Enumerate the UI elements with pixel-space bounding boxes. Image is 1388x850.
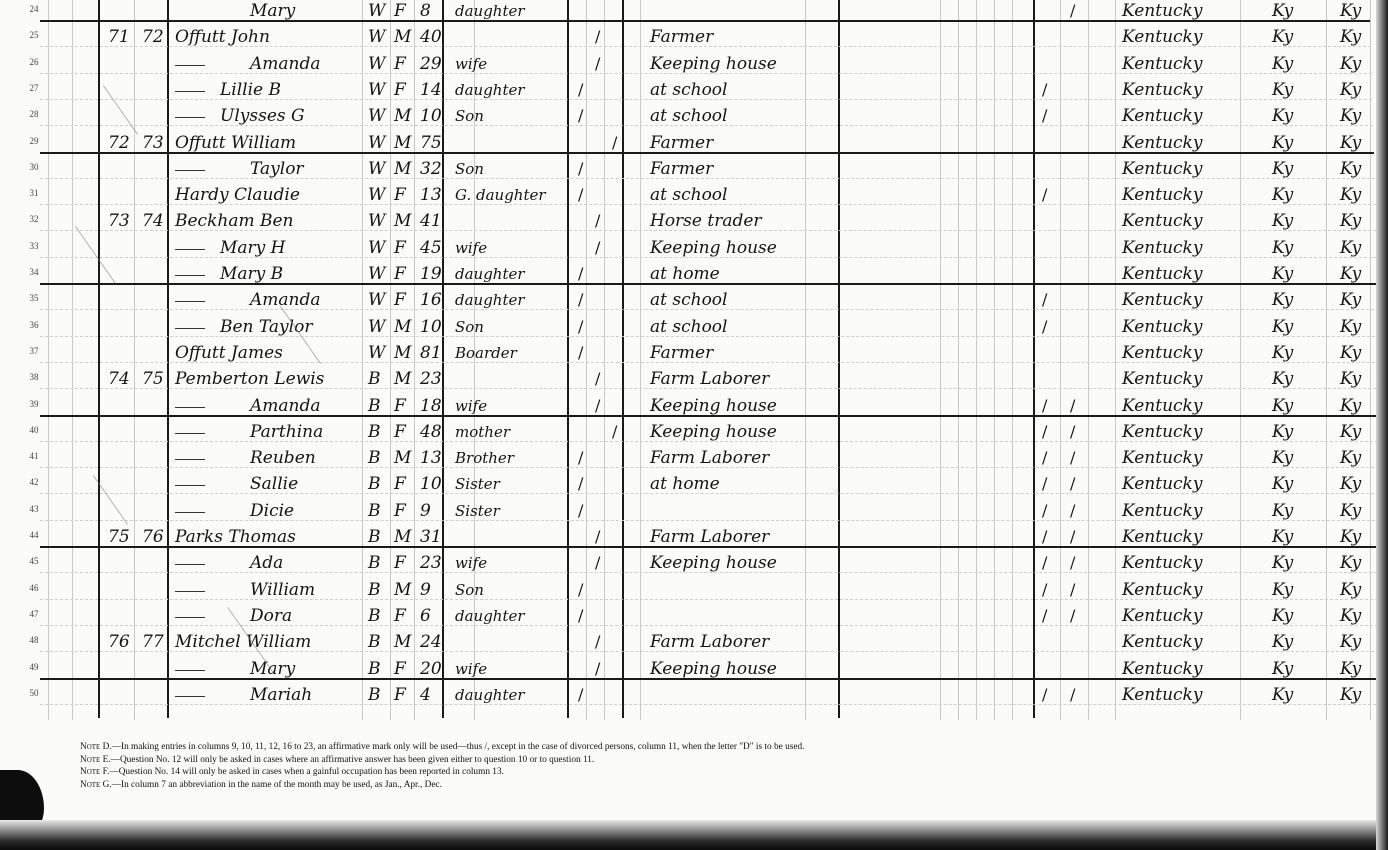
grid-line: [1088, 0, 1089, 720]
cell-relation: daughter: [455, 684, 525, 706]
cell-relation: Son: [455, 105, 484, 127]
grid-rule: [567, 0, 569, 718]
cell-occupation: Farmer: [650, 26, 713, 48]
cell-family: 75: [142, 368, 164, 390]
grid-line: [1370, 0, 1371, 720]
note-text: —Question No. 12 will only be asked in c…: [111, 755, 595, 765]
cell-sex: M: [394, 132, 411, 154]
cell-occupation: Keeping house: [650, 237, 777, 259]
cell-birthplace: Kentucky: [1122, 605, 1202, 627]
cell-birthplace: Kentucky: [1122, 658, 1202, 680]
cell-dwelling: 72: [108, 132, 130, 154]
cell-sex: M: [394, 342, 411, 364]
row-number: 38: [22, 372, 46, 382]
cell-father-birthplace: Ky: [1272, 0, 1293, 22]
bleed-through-mark: [75, 226, 116, 284]
binding-edge: [1376, 0, 1388, 850]
cell-occupation: Farmer: [650, 342, 713, 364]
cell-father-birthplace: Ky: [1272, 447, 1293, 469]
cell-birthplace: Kentucky: [1122, 237, 1202, 259]
grid-line: [1115, 0, 1116, 720]
cell-name: Reuben: [250, 447, 316, 469]
cell-name: Mitchel William: [175, 631, 311, 653]
cell-family: 72: [142, 26, 164, 48]
cell-relation: Son: [455, 316, 484, 338]
cell-single: /: [578, 316, 583, 338]
cell-name: Offutt William: [175, 132, 296, 154]
cell-name: Offutt James: [175, 342, 283, 364]
row-number: 50: [22, 688, 46, 698]
cell-color: W: [368, 0, 385, 22]
cell-color: B: [368, 447, 381, 469]
grid-line: [414, 0, 415, 720]
cell-age: 48: [420, 421, 442, 443]
cell-father-birthplace: Ky: [1272, 342, 1293, 364]
note-e: Note E.—Question No. 12 will only be ask…: [80, 754, 804, 767]
grid-line: [1326, 0, 1327, 720]
cell-relation: daughter: [455, 289, 525, 311]
grid-line: [1060, 0, 1061, 720]
cell-occupation: at school: [650, 316, 727, 338]
cell-birthplace: Kentucky: [1122, 263, 1202, 285]
cell-c20: /: [1070, 526, 1075, 548]
cell-name: Ada: [250, 552, 283, 574]
cell-mother-birthplace: Ky: [1340, 342, 1361, 364]
cell-birthplace: Kentucky: [1122, 132, 1202, 154]
grid-line: [805, 0, 806, 720]
cell-name: Mary H: [220, 237, 286, 259]
cell-mother-birthplace: Ky: [1340, 210, 1361, 232]
cell-mother-birthplace: Ky: [1340, 368, 1361, 390]
cell-birthplace: Kentucky: [1122, 289, 1202, 311]
grid-line: [976, 0, 977, 720]
cell-color: W: [368, 158, 385, 180]
note-label: Note D.: [80, 742, 112, 752]
cell-name: Parthina: [250, 421, 323, 443]
cell-single: /: [578, 684, 583, 706]
grid-line: [1240, 0, 1241, 720]
cell-sex: F: [394, 184, 406, 206]
cell-sex: M: [394, 105, 411, 127]
cell-single: /: [578, 289, 583, 311]
row-number: 28: [22, 109, 46, 119]
ditto-dash: [175, 249, 205, 250]
cell-mother-birthplace: Ky: [1340, 316, 1361, 338]
cell-name: Dora: [250, 605, 292, 627]
cell-widowed: /: [612, 421, 617, 443]
cell-relation: mother: [455, 421, 510, 443]
cell-single: /: [578, 500, 583, 522]
cell-color: B: [368, 473, 381, 495]
ditto-dash: [175, 617, 205, 618]
cell-name: Offutt John: [175, 26, 270, 48]
cell-single: /: [578, 105, 583, 127]
page-edge-shadow: [0, 820, 1388, 850]
note-g: Note G.—In column 7 an abbreviation in t…: [80, 779, 804, 792]
cell-color: W: [368, 132, 385, 154]
cell-birthplace: Kentucky: [1122, 447, 1202, 469]
cell-birthplace: Kentucky: [1122, 53, 1202, 75]
cell-relation: wife: [455, 395, 487, 417]
grid-line: [586, 0, 587, 720]
grid-rule: [838, 0, 840, 718]
cell-c19: /: [1042, 79, 1047, 101]
cell-mother-birthplace: Ky: [1340, 658, 1361, 680]
cell-age: 13: [420, 184, 442, 206]
cell-color: W: [368, 237, 385, 259]
cell-birthplace: Kentucky: [1122, 79, 1202, 101]
cell-single: /: [578, 263, 583, 285]
cell-mother-birthplace: Ky: [1340, 289, 1361, 311]
cell-married: /: [595, 26, 600, 48]
row-number: 46: [22, 583, 46, 593]
cell-color: W: [368, 105, 385, 127]
cell-c19: /: [1042, 473, 1047, 495]
cell-occupation: Farmer: [650, 132, 713, 154]
cell-dwelling: 76: [108, 631, 130, 653]
cell-c19: /: [1042, 526, 1047, 548]
cell-name: Dicie: [250, 500, 294, 522]
cell-father-birthplace: Ky: [1272, 579, 1293, 601]
cell-age: 14: [420, 79, 442, 101]
cell-name: Lillie B: [220, 79, 281, 101]
cell-name: Ben Taylor: [220, 316, 312, 338]
cell-c19: /: [1042, 184, 1047, 206]
cell-c20: /: [1070, 473, 1075, 495]
cell-birthplace: Kentucky: [1122, 473, 1202, 495]
note-text: —Question No. 14 will only be asked in c…: [109, 767, 504, 777]
cell-father-birthplace: Ky: [1272, 26, 1293, 48]
cell-c19: /: [1042, 500, 1047, 522]
row-number: 41: [22, 451, 46, 461]
cell-birthplace: Kentucky: [1122, 579, 1202, 601]
cell-birthplace: Kentucky: [1122, 631, 1202, 653]
cell-c20: /: [1070, 395, 1075, 417]
cell-birthplace: Kentucky: [1122, 342, 1202, 364]
cell-mother-birthplace: Ky: [1340, 105, 1361, 127]
cell-name: Mary B: [220, 263, 283, 285]
cell-relation: daughter: [455, 0, 525, 22]
cell-relation: Son: [455, 579, 484, 601]
row-number: 43: [22, 504, 46, 514]
ditto-dash: [175, 91, 205, 92]
grid-line: [604, 0, 605, 720]
cell-sex: F: [394, 263, 406, 285]
cell-dwelling: 74: [108, 368, 130, 390]
cell-birthplace: Kentucky: [1122, 395, 1202, 417]
ditto-dash: [175, 670, 205, 671]
cell-father-birthplace: Ky: [1272, 53, 1293, 75]
ditto-dash: [175, 275, 205, 276]
grid-line: [390, 0, 391, 720]
row-number: 36: [22, 320, 46, 330]
cell-relation: daughter: [455, 605, 525, 627]
cell-occupation: Farmer: [650, 158, 713, 180]
cell-mother-birthplace: Ky: [1340, 158, 1361, 180]
cell-relation: G. daughter: [455, 184, 546, 206]
cell-age: 23: [420, 552, 442, 574]
cell-father-birthplace: Ky: [1272, 552, 1293, 574]
cell-name: Ulysses G: [220, 105, 305, 127]
row-number: 47: [22, 609, 46, 619]
ditto-dash: [175, 485, 205, 486]
cell-married: /: [595, 526, 600, 548]
ditto-dash: [175, 117, 205, 118]
cell-occupation: Farm Laborer: [650, 631, 769, 653]
cell-age: 9: [420, 579, 431, 601]
cell-age: 75: [420, 132, 442, 154]
ditto-dash: [175, 564, 205, 565]
cell-relation: Boarder: [455, 342, 517, 364]
cell-father-birthplace: Ky: [1272, 658, 1293, 680]
cell-mother-birthplace: Ky: [1340, 579, 1361, 601]
ditto-dash: [175, 170, 205, 171]
cell-mother-birthplace: Ky: [1340, 605, 1361, 627]
cell-family: 74: [142, 210, 164, 232]
cell-father-birthplace: Ky: [1272, 210, 1293, 232]
cell-father-birthplace: Ky: [1272, 421, 1293, 443]
cell-birthplace: Kentucky: [1122, 684, 1202, 706]
cell-occupation: at school: [650, 289, 727, 311]
cell-color: B: [368, 684, 381, 706]
cell-relation: Son: [455, 158, 484, 180]
cell-father-birthplace: Ky: [1272, 158, 1293, 180]
cell-relation: Sister: [455, 473, 500, 495]
cell-name: Mariah: [250, 684, 312, 706]
cell-mother-birthplace: Ky: [1340, 421, 1361, 443]
row-number: 30: [22, 162, 46, 172]
cell-sex: F: [394, 0, 406, 22]
cell-single: /: [578, 447, 583, 469]
row-number: 26: [22, 57, 46, 67]
cell-birthplace: Kentucky: [1122, 500, 1202, 522]
cell-age: 13: [420, 447, 442, 469]
cell-color: W: [368, 263, 385, 285]
grid-line: [940, 0, 941, 720]
cell-sex: M: [394, 526, 411, 548]
cell-married: /: [595, 395, 600, 417]
cell-relation: daughter: [455, 263, 525, 285]
cell-occupation: Farm Laborer: [650, 447, 769, 469]
cell-c20: /: [1070, 421, 1075, 443]
cell-age: 4: [420, 684, 431, 706]
grid-rule: [167, 0, 169, 718]
cell-c20: /: [1070, 500, 1075, 522]
cell-single: /: [578, 473, 583, 495]
grid-line: [48, 0, 49, 720]
cell-name: Parks Thomas: [175, 526, 296, 548]
cell-color: W: [368, 289, 385, 311]
cell-c20: /: [1070, 447, 1075, 469]
row-number: 34: [22, 267, 46, 277]
note-label: Note G.: [80, 780, 112, 790]
row-number: 25: [22, 30, 46, 40]
cell-father-birthplace: Ky: [1272, 132, 1293, 154]
cell-age: 10: [420, 316, 442, 338]
cell-color: W: [368, 26, 385, 48]
cell-color: B: [368, 500, 381, 522]
cell-age: 45: [420, 237, 442, 259]
cell-age: 40: [420, 26, 442, 48]
cell-name: Amanda: [250, 53, 321, 75]
cell-mother-birthplace: Ky: [1340, 132, 1361, 154]
cell-single: /: [578, 342, 583, 364]
cell-family: 76: [142, 526, 164, 548]
cell-c19: /: [1042, 579, 1047, 601]
cell-occupation: at school: [650, 79, 727, 101]
row-number: 48: [22, 635, 46, 645]
ditto-dash: [175, 407, 205, 408]
cell-sex: M: [394, 631, 411, 653]
cell-father-birthplace: Ky: [1272, 526, 1293, 548]
grid-rule: [442, 0, 444, 718]
cell-name: Mary: [250, 0, 295, 22]
row-number: 37: [22, 346, 46, 356]
cell-father-birthplace: Ky: [1272, 500, 1293, 522]
cell-birthplace: Kentucky: [1122, 0, 1202, 22]
cell-father-birthplace: Ky: [1272, 368, 1293, 390]
cell-age: 10: [420, 105, 442, 127]
cell-color: B: [368, 579, 381, 601]
cell-sex: F: [394, 658, 406, 680]
cell-relation: daughter: [455, 79, 525, 101]
cell-single: /: [578, 184, 583, 206]
ditto-dash: [175, 328, 205, 329]
row-number: 35: [22, 293, 46, 303]
cell-age: 31: [420, 526, 442, 548]
cell-birthplace: Kentucky: [1122, 26, 1202, 48]
cell-birthplace: Kentucky: [1122, 184, 1202, 206]
cell-relation: wife: [455, 552, 487, 574]
cell-father-birthplace: Ky: [1272, 237, 1293, 259]
cell-dwelling: 75: [108, 526, 130, 548]
cell-family: 77: [142, 631, 164, 653]
cell-name: Beckham Ben: [175, 210, 294, 232]
cell-occupation: Horse trader: [650, 210, 762, 232]
cell-color: B: [368, 631, 381, 653]
cell-color: W: [368, 316, 385, 338]
cell-married: /: [595, 53, 600, 75]
row-number: 39: [22, 399, 46, 409]
cell-c20: /: [1070, 605, 1075, 627]
cell-age: 16: [420, 289, 442, 311]
cell-age: 32: [420, 158, 442, 180]
cell-color: W: [368, 79, 385, 101]
grid-line: [640, 0, 641, 720]
cell-c19: /: [1042, 552, 1047, 574]
cell-married: /: [595, 237, 600, 259]
row-number: 44: [22, 530, 46, 540]
cell-name: Pemberton Lewis: [175, 368, 324, 390]
footnotes: Note D.—In making entries in columns 9, …: [80, 741, 804, 791]
cell-age: 41: [420, 210, 442, 232]
cell-father-birthplace: Ky: [1272, 79, 1293, 101]
cell-sex: F: [394, 473, 406, 495]
ditto-dash: [175, 696, 205, 697]
cell-single: /: [578, 579, 583, 601]
census-sheet: 2425262728293031323334353637383940414243…: [0, 0, 1388, 850]
cell-married: /: [595, 210, 600, 232]
grid-line: [994, 0, 995, 720]
row-number: 40: [22, 425, 46, 435]
row-number: 27: [22, 83, 46, 93]
cell-mother-birthplace: Ky: [1340, 263, 1361, 285]
note-text: —In column 7 an abbreviation in the name…: [112, 780, 442, 790]
cell-relation: wife: [455, 53, 487, 75]
cell-name: Sallie: [250, 473, 298, 495]
cell-mother-birthplace: Ky: [1340, 631, 1361, 653]
cell-sex: F: [394, 289, 406, 311]
cell-name: Taylor: [250, 158, 304, 180]
cell-mother-birthplace: Ky: [1340, 395, 1361, 417]
ditto-dash: [175, 301, 205, 302]
cell-color: B: [368, 526, 381, 548]
cell-mother-birthplace: Ky: [1340, 684, 1361, 706]
cell-single: /: [578, 605, 583, 627]
cell-c19: /: [1042, 395, 1047, 417]
cell-widowed: /: [612, 132, 617, 154]
cell-occupation: Keeping house: [650, 421, 777, 443]
cell-single: /: [578, 79, 583, 101]
cell-mother-birthplace: Ky: [1340, 79, 1361, 101]
cell-dwelling: 71: [108, 26, 130, 48]
cell-relation: wife: [455, 658, 487, 680]
cell-c19: /: [1042, 447, 1047, 469]
cell-age: 6: [420, 605, 431, 627]
grid-rule: [622, 0, 624, 718]
cell-occupation: Keeping house: [650, 552, 777, 574]
cell-father-birthplace: Ky: [1272, 684, 1293, 706]
cell-sex: M: [394, 368, 411, 390]
cell-sex: M: [394, 316, 411, 338]
cell-color: B: [368, 368, 381, 390]
ditto-dash: [175, 65, 205, 66]
cell-name: William: [250, 579, 315, 601]
note-label: Note E.: [80, 755, 111, 765]
cell-c20: /: [1070, 579, 1075, 601]
cell-name: Amanda: [250, 289, 321, 311]
ditto-dash: [175, 591, 205, 592]
cell-birthplace: Kentucky: [1122, 158, 1202, 180]
cell-birthplace: Kentucky: [1122, 526, 1202, 548]
cell-c19: /: [1042, 289, 1047, 311]
cell-age: 29: [420, 53, 442, 75]
cell-father-birthplace: Ky: [1272, 316, 1293, 338]
cell-relation: Sister: [455, 500, 500, 522]
cell-sex: F: [394, 605, 406, 627]
cell-color: W: [368, 342, 385, 364]
grid-rule: [1033, 0, 1035, 718]
cell-color: W: [368, 53, 385, 75]
cell-father-birthplace: Ky: [1272, 184, 1293, 206]
cell-c19: /: [1042, 684, 1047, 706]
cell-c19: /: [1042, 105, 1047, 127]
cell-age: 9: [420, 500, 431, 522]
row-number: 32: [22, 214, 46, 224]
cell-occupation: at home: [650, 473, 720, 495]
cell-occupation: at school: [650, 184, 727, 206]
grid-line: [958, 0, 959, 720]
cell-mother-birthplace: Ky: [1340, 53, 1361, 75]
bleed-through-mark: [103, 85, 138, 135]
cell-sex: F: [394, 395, 406, 417]
cell-father-birthplace: Ky: [1272, 289, 1293, 311]
grid-line: [134, 0, 135, 720]
cell-sex: M: [394, 447, 411, 469]
cell-relation: Brother: [455, 447, 514, 469]
note-d: Note D.—In making entries in columns 9, …: [80, 741, 804, 754]
cell-c19: /: [1042, 316, 1047, 338]
